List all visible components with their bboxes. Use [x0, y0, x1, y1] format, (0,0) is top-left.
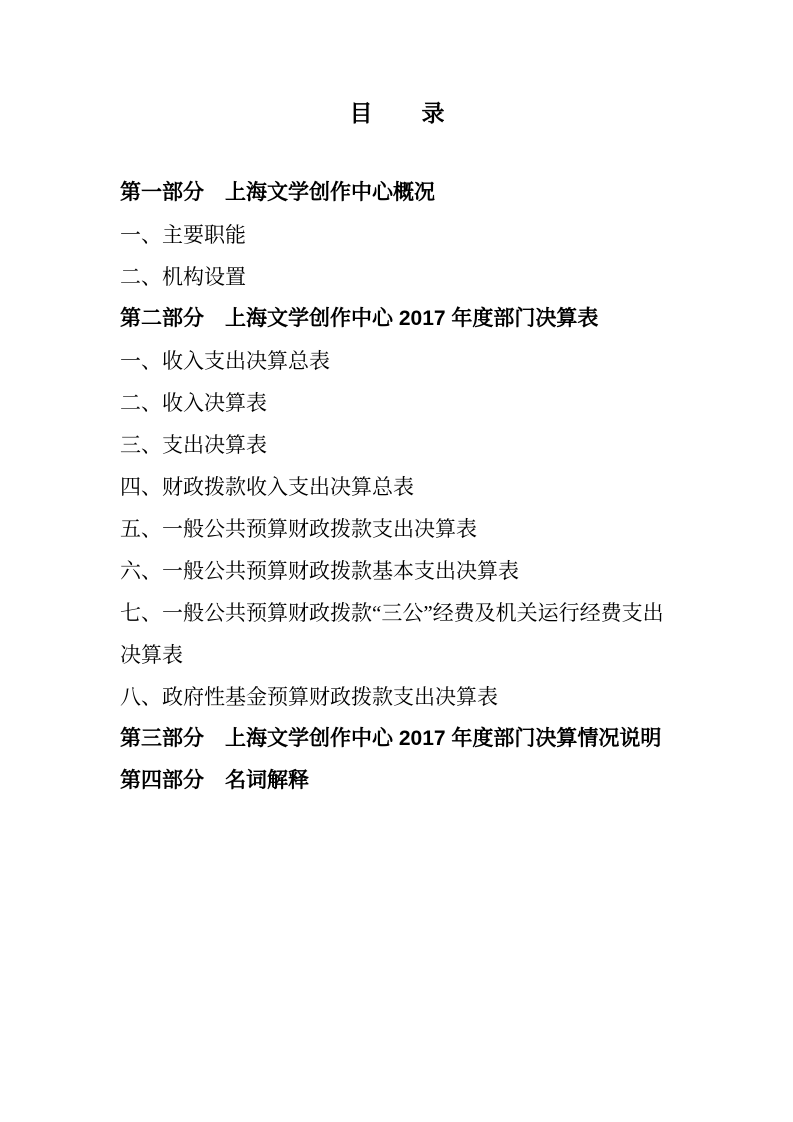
toc-item: 八、政府性基金预算财政拨款支出决算表: [120, 676, 675, 718]
toc-heading: 第一部分 上海文学创作中心概况: [120, 172, 675, 214]
toc-item: 六、一般公共预算财政拨款基本支出决算表: [120, 550, 675, 592]
toc-heading: 第四部分 名词解释: [120, 760, 675, 802]
toc-item: 五、一般公共预算财政拨款支出决算表: [120, 508, 675, 550]
page-title: 目 录: [120, 100, 675, 126]
toc-heading: 第三部分 上海文学创作中心 2017 年度部门决算情况说明: [120, 718, 675, 760]
toc-item: 一、收入支出决算总表: [120, 340, 675, 382]
toc-item: 三、支出决算表: [120, 424, 675, 466]
toc-item: 二、收入决算表: [120, 382, 675, 424]
toc-item: 七、一般公共预算财政拨款“三公”经费及机关运行经费支出决算表: [120, 592, 675, 676]
document-page: 目 录 第一部分 上海文学创作中心概况一、主要职能二、机构设置第二部分 上海文学…: [0, 0, 793, 1122]
toc-item: 二、机构设置: [120, 256, 675, 298]
toc-list: 第一部分 上海文学创作中心概况一、主要职能二、机构设置第二部分 上海文学创作中心…: [120, 172, 675, 802]
toc-item: 一、主要职能: [120, 214, 675, 256]
toc-item: 四、财政拨款收入支出决算总表: [120, 466, 675, 508]
toc-heading: 第二部分 上海文学创作中心 2017 年度部门决算表: [120, 298, 675, 340]
